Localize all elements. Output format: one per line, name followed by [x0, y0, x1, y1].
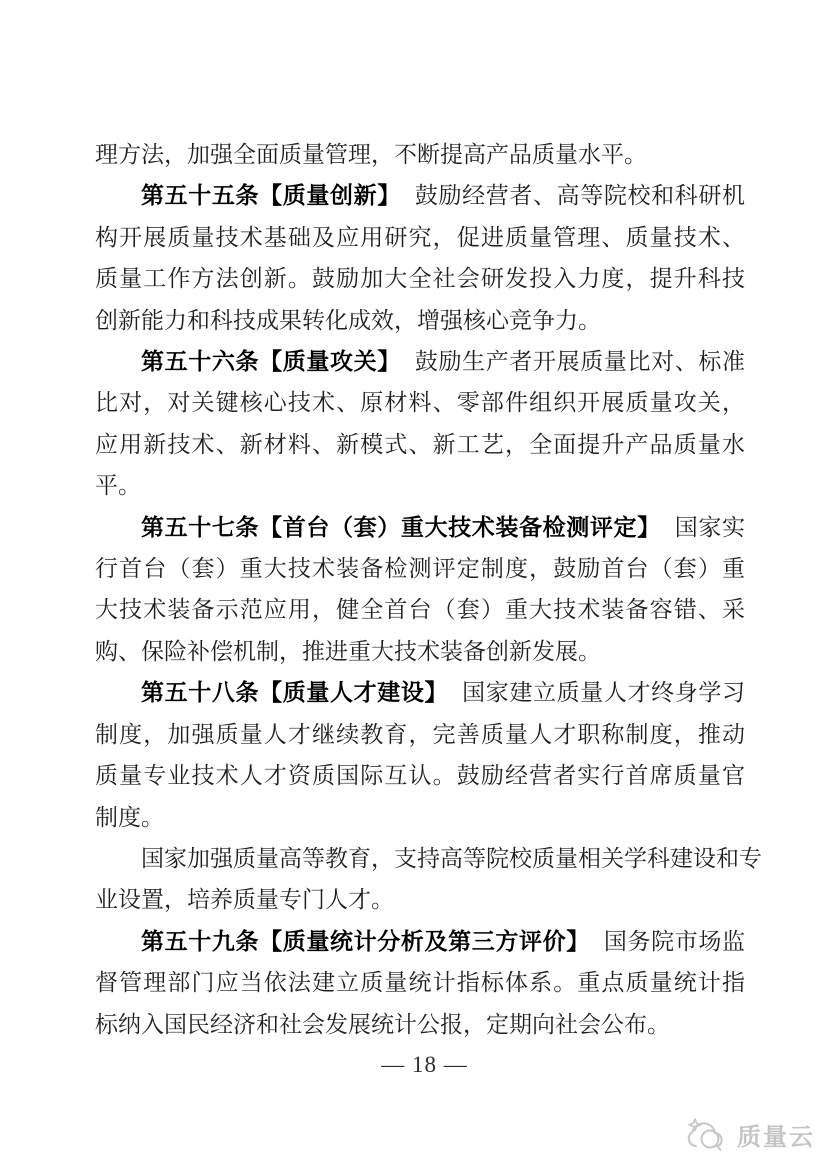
body-text-segment: 构开展质量技术基础及应用研究，促进质量管理、质量技术、 [95, 225, 745, 250]
text-line: 第五十五条【质量创新】鼓励经营者、高等院校和科研机 [95, 175, 745, 216]
article-heading: 第五十六条【质量攻关】 [141, 348, 401, 374]
body-text-segment: 质量专业技术人才资质国际互认。鼓励经营者实行首席质量官 [95, 763, 745, 788]
cloud-icon [684, 1114, 728, 1154]
document-body: 理方法，加强全面质量管理，不断提高产品质量水平。第五十五条【质量创新】鼓励经营者… [95, 134, 745, 1045]
body-text-segment: 国家建立质量人才终身学习 [462, 680, 745, 705]
body-text-segment: 制度，加强质量人才继续教育，完善质量人才职称制度，推动 [95, 722, 745, 747]
body-text-segment: 平。 [95, 473, 141, 498]
text-line: 督管理部门应当依法建立质量统计指标体系。重点质量统计指 [95, 962, 745, 1003]
text-line: 平。 [95, 465, 745, 506]
article-heading: 第五十七条【首台（套）重大技术装备检测评定】 [141, 514, 661, 540]
text-line: 业设置，培养质量专门人才。 [95, 879, 745, 920]
body-text-segment: 鼓励生产者开展质量比对、标准 [415, 349, 745, 374]
text-line: 创新能力和科技成果转化成效，增强核心竞争力。 [95, 300, 745, 341]
article-heading: 第五十五条【质量创新】 [141, 182, 401, 208]
text-line: 构开展质量技术基础及应用研究，促进质量管理、质量技术、 [95, 217, 745, 258]
text-line: 标纳入国民经济和社会发展统计公报，定期向社会公布。 [95, 1004, 745, 1045]
text-line: 大技术装备示范应用，健全首台（套）重大技术装备容错、采 [95, 589, 745, 630]
text-line: 购、保险补偿机制，推进重大技术装备创新发展。 [95, 631, 745, 672]
body-text-segment: 国务院市场监 [604, 929, 745, 954]
text-line: 行首台（套）重大技术装备检测评定制度，鼓励首台（套）重 [95, 548, 745, 589]
body-text-segment: 购、保险补偿机制，推进重大技术装备创新发展。 [95, 639, 601, 664]
text-line: 制度，加强质量人才继续教育，完善质量人才职称制度，推动 [95, 714, 745, 755]
body-text-segment: 质量工作方法创新。鼓励加大全社会研发投入力度，提升科技 [95, 266, 745, 291]
page-number: — 18 — [0, 1052, 827, 1078]
text-line: 第五十八条【质量人才建设】国家建立质量人才终身学习 [95, 672, 745, 713]
watermark-text: 质量云 [737, 1117, 815, 1152]
body-text-segment: 应用新技术、新材料、新模式、新工艺，全面提升产品质量水 [95, 432, 745, 457]
text-line: 第五十九条【质量统计分析及第三方评价】国务院市场监 [95, 921, 745, 962]
text-line: 理方法，加强全面质量管理，不断提高产品质量水平。 [95, 134, 745, 175]
body-text-segment: 督管理部门应当依法建立质量统计指标体系。重点质量统计指 [95, 970, 745, 995]
article-heading: 第五十八条【质量人才建设】 [141, 679, 448, 705]
text-line: 制度。 [95, 797, 745, 838]
text-line: 第五十七条【首台（套）重大技术装备检测评定】国家实 [95, 507, 745, 548]
watermark: 质量云 [684, 1114, 815, 1154]
body-text-segment: 制度。 [95, 805, 164, 830]
text-line: 第五十六条【质量攻关】鼓励生产者开展质量比对、标准 [95, 341, 745, 382]
text-line: 质量工作方法创新。鼓励加大全社会研发投入力度，提升科技 [95, 258, 745, 299]
body-text-segment: 比对，对关键核心技术、原材料、零部件组织开展质量攻关， [95, 390, 745, 415]
body-text-segment: 大技术装备示范应用，健全首台（套）重大技术装备容错、采 [95, 597, 745, 622]
body-text-segment: 行首台（套）重大技术装备检测评定制度，鼓励首台（套）重 [95, 556, 745, 581]
body-text-segment: 理方法，加强全面质量管理，不断提高产品质量水平。 [95, 142, 647, 167]
body-text-segment: 标纳入国民经济和社会发展统计公报，定期向社会公布。 [95, 1012, 670, 1037]
body-text-segment: 鼓励经营者、高等院校和科研机 [415, 183, 745, 208]
text-line: 质量专业技术人才资质国际互认。鼓励经营者实行首席质量官 [95, 755, 745, 796]
body-text-segment: 业设置，培养质量专门人才。 [95, 887, 394, 912]
text-line: 比对，对关键核心技术、原材料、零部件组织开展质量攻关， [95, 382, 745, 423]
article-heading: 第五十九条【质量统计分析及第三方评价】 [141, 928, 590, 954]
text-line: 国家加强质量高等教育，支持高等院校质量相关学科建设和专 [95, 838, 745, 879]
body-text-segment: 国家实 [675, 515, 745, 540]
text-line: 应用新技术、新材料、新模式、新工艺，全面提升产品质量水 [95, 424, 745, 465]
body-text-segment: 国家加强质量高等教育，支持高等院校质量相关学科建设和专 [141, 846, 762, 871]
document-page: 理方法，加强全面质量管理，不断提高产品质量水平。第五十五条【质量创新】鼓励经营者… [0, 0, 827, 1170]
body-text-segment: 创新能力和科技成果转化成效，增强核心竞争力。 [95, 308, 601, 333]
